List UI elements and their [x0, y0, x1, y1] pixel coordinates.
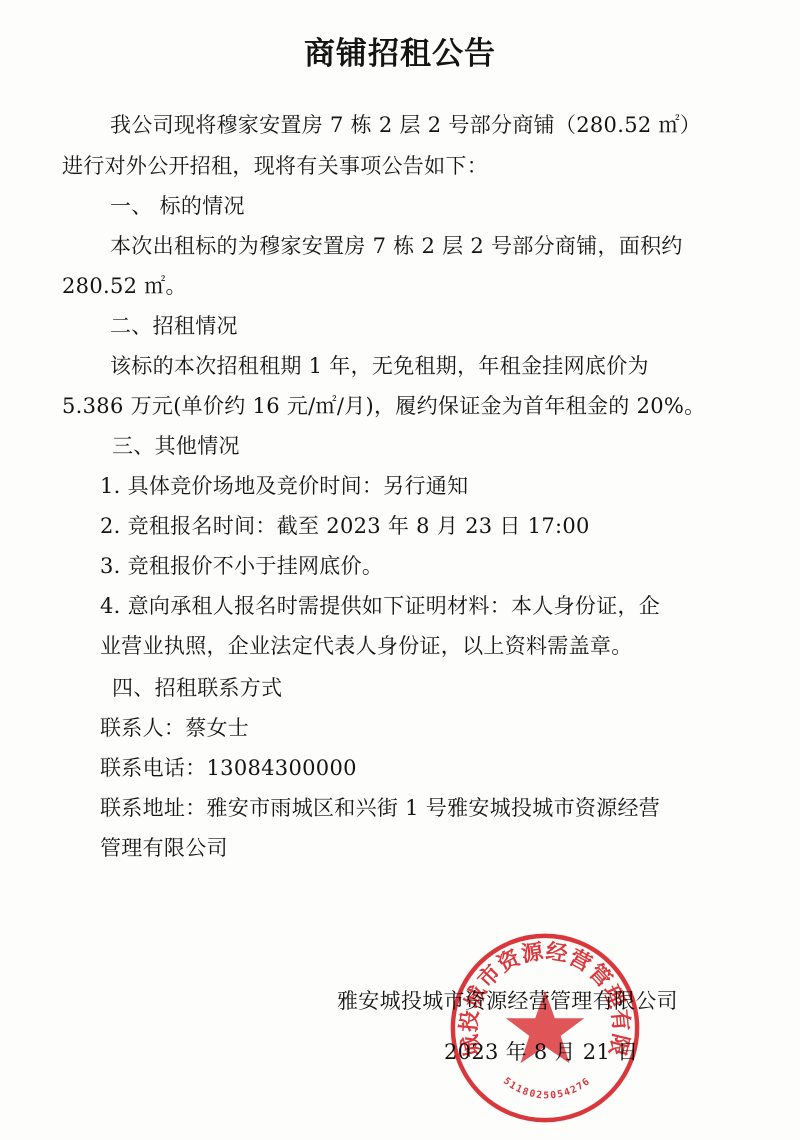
contact-address-line-1: 联系地址：雅安市雨城区和兴街 1 号雅安城投城市资源经营 — [100, 794, 660, 822]
section-3-item-4: 4. 意向承租人报名时需提供如下证明材料：本人身份证，企 — [100, 592, 660, 620]
section-2-line-1: 该标的本次招租租期 1 年，无免租期，年租金挂网底价为 — [110, 352, 649, 380]
section-3-item-3: 3. 竞租报价不小于挂网底价。 — [100, 552, 383, 580]
section-3-item-2: 2. 竞租报名时间：截至 2023 年 8 月 23 日 17:00 — [100, 512, 590, 540]
seal-code: 5118025054276 — [501, 1076, 593, 1102]
section-3-item-4-cont: 业营业执照，企业法定代表人身份证，以上资料需盖章。 — [100, 632, 633, 660]
company-seal-icon: 雅安城投城市资源经营管理有限公司 5118025054276 — [447, 930, 643, 1126]
section-1-line-2: 280.52 ㎡。 — [62, 272, 187, 300]
intro-line-2: 进行对外公开招租，现将有关事项公告如下： — [62, 152, 488, 180]
svg-text:5118025054276: 5118025054276 — [501, 1076, 593, 1102]
section-1-heading: 一、 标的情况 — [110, 192, 245, 220]
intro-line-1: 我公司现将穆家安置房 7 栋 2 层 2 号部分商铺（280.52 ㎡） — [110, 111, 701, 139]
contact-phone: 联系电话：13084300000 — [100, 754, 357, 782]
section-3-item-1: 1. 具体竞价场地及竞价时间：另行通知 — [100, 472, 468, 500]
document-title: 商铺招租公告 — [0, 28, 800, 73]
section-4-heading: 四、招租联系方式 — [112, 674, 282, 702]
section-3-heading: 三、其他情况 — [112, 432, 240, 460]
contact-person: 联系人：蔡女士 — [100, 714, 249, 742]
section-2-heading: 二、招租情况 — [110, 312, 238, 340]
section-2-line-2: 5.386 万元(单价约 16 元/㎡/月)，履约保证金为首年租金的 20%。 — [62, 392, 705, 420]
document-page: 商铺招租公告 我公司现将穆家安置房 7 栋 2 层 2 号部分商铺（280.52… — [0, 0, 800, 1140]
contact-address-line-2: 管理有限公司 — [100, 834, 228, 862]
section-1-line-1: 本次出租标的为穆家安置房 7 栋 2 层 2 号部分商铺，面积约 — [110, 232, 683, 260]
